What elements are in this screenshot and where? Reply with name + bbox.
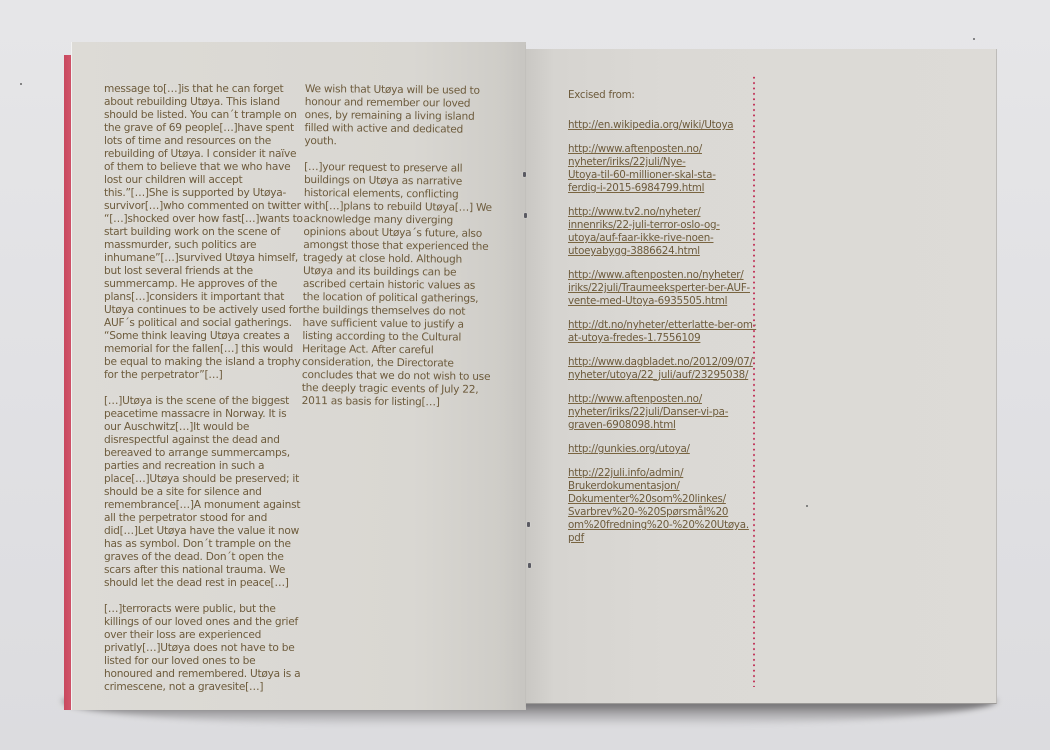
staple-icon	[528, 563, 531, 568]
dust-speck	[806, 505, 808, 507]
paragraph: message to[…]is that he can forget about…	[104, 83, 304, 382]
source-link[interactable]: http://en.wikipedia.org/wiki/Utoya	[568, 119, 768, 132]
dust-speck	[20, 83, 22, 85]
paragraph: […]Utøya is the scene of the biggest pea…	[104, 395, 304, 590]
staple-icon	[527, 522, 530, 527]
dotted-perforation-line	[753, 75, 755, 687]
source-link[interactable]: http://www.tv2.no/nyheter/ innenriks/22-…	[568, 206, 768, 258]
excised-from-label: Excised from:	[568, 89, 768, 102]
spine-fold	[525, 45, 526, 707]
source-link[interactable]: http://gunkies.org/utoya/	[568, 443, 768, 456]
source-link[interactable]: http://www.aftenposten.no/ nyheter/iriks…	[568, 393, 768, 432]
paragraph: […]your request to preserve all building…	[302, 161, 495, 410]
left-text-column-1: message to[…]is that he can forget about…	[104, 83, 304, 707]
source-link[interactable]: http://www.dagbladet.no/2012/09/07/ nyhe…	[568, 356, 768, 382]
source-link[interactable]: http://www.aftenposten.no/ nyheter/iriks…	[568, 143, 768, 195]
dust-speck	[973, 38, 975, 40]
paragraph: […]terroracts were public, but the killi…	[104, 603, 304, 694]
source-link[interactable]: http://dt.no/nyheter/etterlatte-ber-om- …	[568, 319, 768, 345]
source-link[interactable]: http://www.aftenposten.no/nyheter/ iriks…	[568, 269, 768, 308]
staple-icon	[523, 172, 526, 177]
source-link[interactable]: http://22juli.info/admin/ Brukerdokument…	[568, 467, 768, 545]
left-text-column-2: We wish that Utøya will be used to honou…	[301, 83, 495, 423]
paragraph: We wish that Utøya will be used to honou…	[304, 83, 495, 150]
source-list: Excised from: http://en.wikipedia.org/wi…	[568, 89, 768, 556]
staple-icon	[524, 213, 527, 218]
